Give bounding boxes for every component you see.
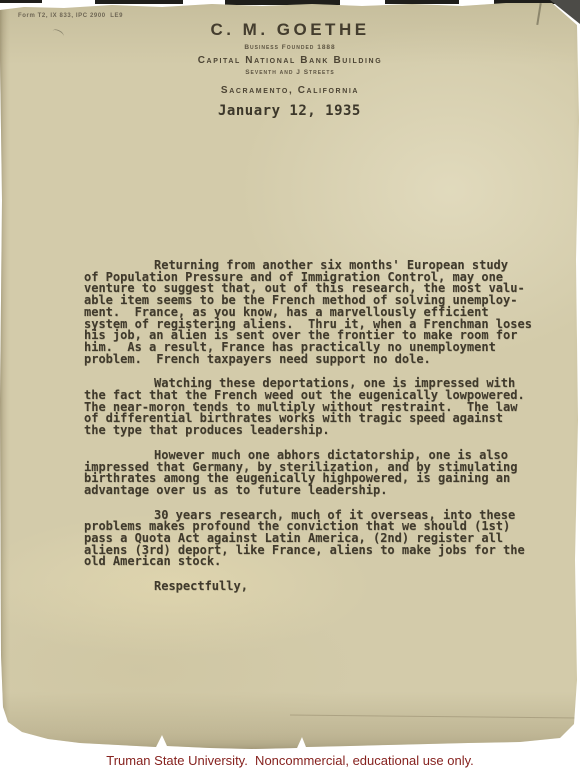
paragraph: However much one abhors dictatorship, on… [84,450,544,497]
letterhead-streets: Seventh and J Streets [0,69,580,76]
bottom-crease-line [290,714,578,718]
scanned-letter-page: Form T2, IX 833, IPC 2900 LE9 C. M. GOET… [0,0,580,772]
archive-credit: Truman State University. Noncommercial, … [0,753,580,768]
letter-date: January 12, 1935 [218,103,361,119]
scanner-background-strip [0,0,42,3]
letter-paper: Form T2, IX 833, IPC 2900 LE9 C. M. GOET… [0,0,580,752]
letter-closing: Respectfully, [84,581,544,593]
letterhead-founded-line: Business Founded 1888 [0,44,580,51]
letter-body: Returning from another six months' Europ… [84,260,544,593]
letterhead-city: Sacramento, California [0,85,580,96]
letterhead-name: C. M. GOETHE [0,20,580,40]
scanner-background-strip [225,0,340,5]
letterhead-building: Capital National Bank Building [0,55,580,66]
letter-line: the type that produces leadership. [84,425,544,437]
letter-line: old American stock. [84,556,544,568]
paragraph: Returning from another six months' Europ… [84,260,544,365]
scanner-background-strip [95,0,183,4]
letter-line: problem. French taxpayers need support n… [84,354,544,366]
letterhead: C. M. GOETHE Business Founded 1888 Capit… [0,20,580,96]
archival-note: Form T2, IX 833, IPC 2900 LE9 [18,13,123,19]
paragraph: Watching these deportations, one is impr… [84,378,544,437]
scanner-background-strip [385,0,459,4]
paragraph: 30 years research, much of it overseas, … [84,510,544,569]
letter-line: advantage over us as to future leadershi… [84,485,544,497]
